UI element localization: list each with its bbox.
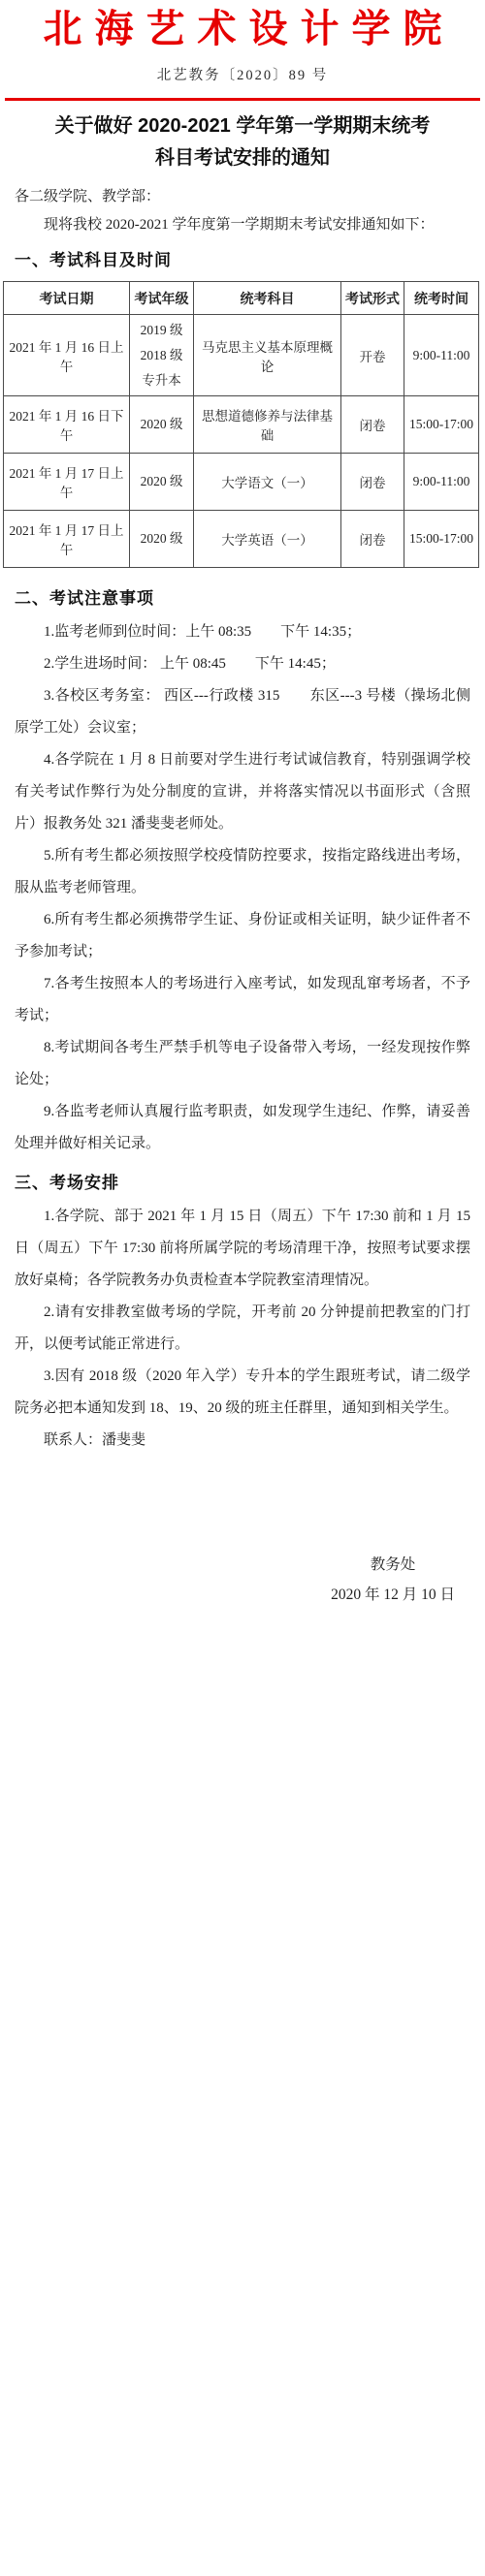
notice-title: 关于做好 2020-2021 学年第一学期期末统考 科目考试安排的通知 (0, 110, 485, 174)
signer-department: 教务处 (331, 1550, 455, 1580)
red-divider-line (5, 98, 480, 101)
school-name: 北海艺术设计学院 (0, 6, 485, 52)
cell-exam-time: 15:00-17:00 (404, 511, 479, 568)
note-item-3: 3.各校区考务室： 西区---行政楼 315 东区---3 号楼（操场北侧原学工… (15, 680, 470, 744)
room-item-1: 1.各学院、部于 2021 年 1 月 15 日（周五）下午 17:30 前和 … (15, 1201, 470, 1297)
cell-exam-date: 2021 年 1 月 17 日上午 (4, 511, 130, 568)
salutation: 各二级学院、教学部： (15, 182, 470, 211)
note-item-5: 5.所有考生都必须按照学校疫情防控要求，按指定路线进出考场，服从监考老师管理。 (15, 840, 470, 904)
cell-exam-time: 9:00-11:00 (404, 454, 479, 511)
cell-exam-subject: 马克思主义基本原理概论 (194, 315, 341, 396)
cell-exam-form: 闭卷 (341, 511, 404, 568)
cell-exam-grade: 2020 级 (130, 454, 194, 511)
cell-exam-time: 9:00-11:00 (404, 315, 479, 396)
cell-exam-date: 2021 年 1 月 16 日上午 (4, 315, 130, 396)
col-header-exam-time: 统考时间 (404, 282, 479, 315)
col-header-exam-subject: 统考科目 (194, 282, 341, 315)
cell-exam-date: 2021 年 1 月 16 日下午 (4, 396, 130, 454)
doc-number: 北艺教务〔2020〕89 号 (0, 66, 485, 85)
table-header-row: 考试日期 考试年级 统考科目 考试形式 统考时间 (4, 282, 479, 315)
table-row: 2021 年 1 月 17 日上午 2020 级 大学英语（一） 闭卷 15:0… (4, 511, 479, 568)
intro-paragraph: 现将我校 2020-2021 学年度第一学期期末考试安排通知如下： (15, 211, 470, 239)
note-item-2: 2.学生进场时间： 上午 08:45 下午 14:45； (15, 648, 470, 680)
cell-exam-form: 开卷 (341, 315, 404, 396)
cell-exam-grade: 2019 级 2018 级 专升本 (130, 315, 194, 396)
room-item-2: 2.请有安排教室做考场的学院，开考前 20 分钟提前把教室的门打开，以便考试能正… (15, 1297, 470, 1361)
note-item-9: 9.各监考老师认真履行监考职责，如发现学生违纪、作弊，请妥善处理并做好相关记录。 (15, 1096, 470, 1160)
document-body: 各二级学院、教学部： 现将我校 2020-2021 学年度第一学期期末考试安排通… (0, 182, 485, 1610)
note-item-4: 4.各学院在 1 月 8 日前要对学生进行考试诚信教育，特别强调学校有关考试作弊… (15, 744, 470, 840)
notice-document: 北海艺术设计学院 北艺教务〔2020〕89 号 关于做好 2020-2021 学… (0, 0, 485, 2576)
room-item-3: 3.因有 2018 级（2020 年入学）专升本的学生跟班考试，请二级学院务必把… (15, 1361, 470, 1425)
note-item-6: 6.所有考生都必须携带学生证、身份证或相关证明，缺少证件者不予参加考试； (15, 904, 470, 968)
cell-exam-date: 2021 年 1 月 17 日上午 (4, 454, 130, 511)
note-item-1: 1.监考老师到位时间：上午 08:35 下午 14:35； (15, 616, 470, 648)
table-row: 2021 年 1 月 17 日上午 2020 级 大学语文（一） 闭卷 9:00… (4, 454, 479, 511)
cell-exam-grade: 2020 级 (130, 511, 194, 568)
col-header-exam-grade: 考试年级 (130, 282, 194, 315)
table-row: 2021 年 1 月 16 日上午 2019 级 2018 级 专升本 马克思主… (4, 315, 479, 396)
note-item-7: 7.各考生按照本人的考场进行入座考试，如发现乱窜考场者，不予考试； (15, 968, 470, 1032)
col-header-exam-date: 考试日期 (4, 282, 130, 315)
cell-exam-grade: 2020 级 (130, 396, 194, 454)
signature: 教务处 2020 年 12 月 10 日 (331, 1550, 455, 1610)
notice-title-line1: 关于做好 2020-2021 学年第一学期期末统考 (0, 110, 485, 142)
section-heading-schedule: 一、考试科目及时间 (15, 245, 470, 276)
notice-title-line2: 科目考试安排的通知 (0, 142, 485, 174)
section-heading-notes: 二、考试注意事项 (15, 583, 470, 614)
cell-exam-subject: 大学英语（一） (194, 511, 341, 568)
cell-exam-subject: 思想道德修养与法律基础 (194, 396, 341, 454)
table-row: 2021 年 1 月 16 日下午 2020 级 思想道德修养与法律基础 闭卷 … (4, 396, 479, 454)
note-item-8: 8.考试期间各考生严禁手机等电子设备带入考场，一经发现按作弊论处； (15, 1032, 470, 1096)
signature-date: 2020 年 12 月 10 日 (331, 1580, 455, 1610)
cell-exam-subject: 大学语文（一） (194, 454, 341, 511)
col-header-exam-form: 考试形式 (341, 282, 404, 315)
exam-schedule-table: 考试日期 考试年级 统考科目 考试形式 统考时间 2021 年 1 月 16 日… (3, 281, 479, 568)
contact-person: 联系人：潘斐斐 (15, 1425, 470, 1457)
cell-exam-time: 15:00-17:00 (404, 396, 479, 454)
cell-exam-form: 闭卷 (341, 396, 404, 454)
signature-block: 教务处 2020 年 12 月 10 日 (15, 1550, 470, 1610)
cell-exam-form: 闭卷 (341, 454, 404, 511)
section-heading-rooms: 三、考场安排 (15, 1168, 470, 1199)
